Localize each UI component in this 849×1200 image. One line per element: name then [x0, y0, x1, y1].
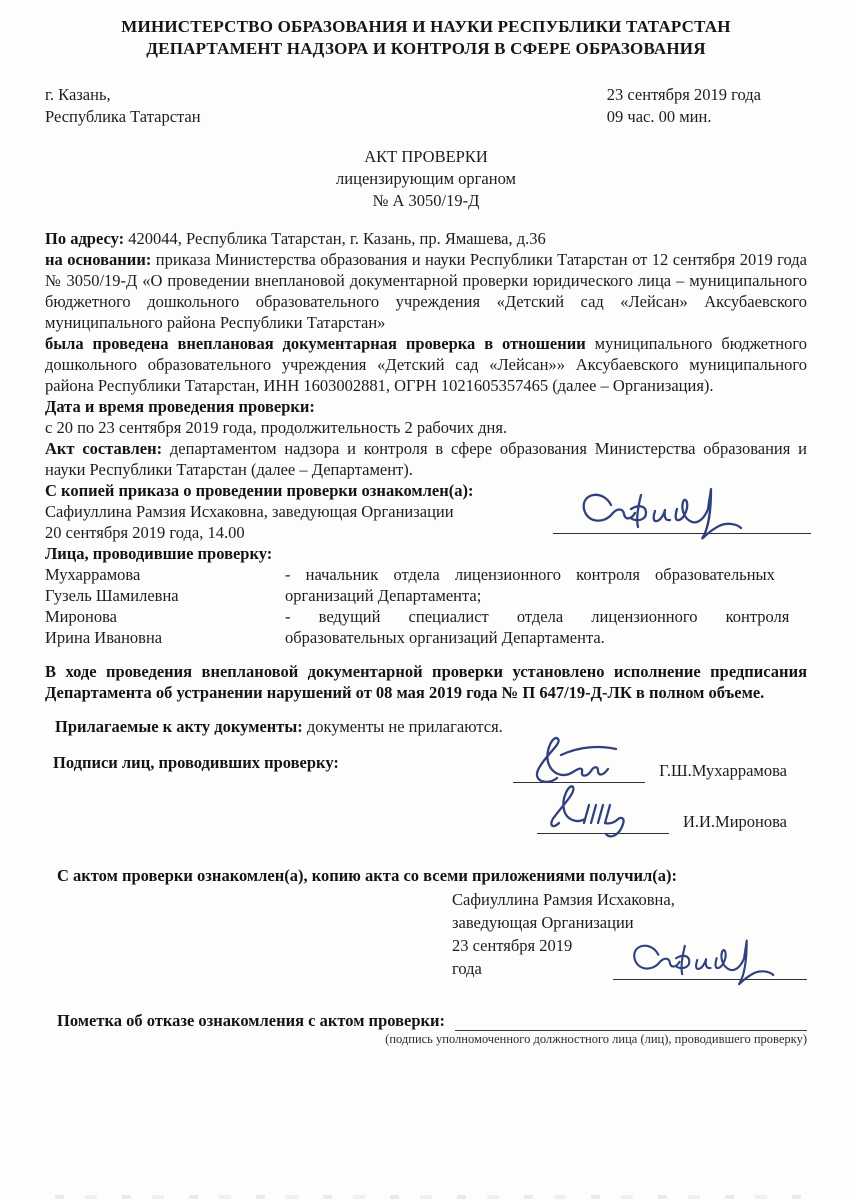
refusal-signature-field: [455, 1014, 807, 1031]
title-authority: лицензирующим органом: [45, 168, 807, 190]
signature-row-mironova: И.И.Миронова: [407, 793, 787, 834]
basis-label: на основании:: [45, 250, 151, 269]
signature-rows: Г.Ш.Мухаррамова И.И.Миронова: [407, 742, 787, 834]
signature-safiullina-icon: [571, 485, 786, 537]
document-title: АКТ ПРОВЕРКИ лицензирующим органом № А 3…: [45, 146, 807, 212]
inspector-position: - начальник отдела лицензионного контрол…: [285, 564, 807, 585]
ack-person-title: заведующая Организации: [452, 911, 807, 934]
ack-person-block: Сафиуллина Рамзия Исхаковна, заведующая …: [452, 888, 807, 980]
address-label: По адресу:: [45, 229, 124, 248]
address-paragraph: По адресу: 420044, Республика Татарстан,…: [45, 228, 807, 249]
conclusion-paragraph: В ходе проведения внеплановой документар…: [45, 661, 807, 703]
refusal-line: Пометка об отказе ознакомления с актом п…: [57, 1010, 807, 1031]
composed-paragraph: Акт составлен: департаментом надзора и к…: [45, 438, 807, 480]
title-act: АКТ ПРОВЕРКИ: [45, 146, 807, 168]
header-line-1: МИНИСТЕРСТВО ОБРАЗОВАНИЯ И НАУКИ РЕСПУБЛ…: [45, 16, 807, 38]
document-header: МИНИСТЕРСТВО ОБРАЗОВАНИЯ И НАУКИ РЕСПУБЛ…: [45, 16, 807, 60]
place-city: г. Казань,: [45, 84, 201, 106]
place-date-row: г. Казань, Республика Татарстан 23 сентя…: [45, 84, 807, 128]
inspector-name: Ирина Ивановна: [45, 627, 285, 648]
inspector-row: Мухаррамова - начальник отдела лицензион…: [45, 564, 807, 585]
copy-acknowledgement-block: Сафиуллина Рамзия Исхаковна, заведующая …: [45, 501, 807, 543]
ack-label-paragraph: С актом проверки ознакомлен(а), копию ак…: [57, 865, 807, 886]
time-line: 09 час. 00 мин.: [607, 106, 761, 128]
inspector-name: Мухаррамова: [45, 564, 285, 585]
scan-artifact: [55, 1195, 804, 1199]
inspector-name: Миронова: [45, 606, 285, 627]
inspector-position: образовательных организаций Департамента…: [285, 627, 807, 648]
inspector-row: Миронова - ведущий специалист отдела лиц…: [45, 606, 807, 627]
inspector2-signature-name: И.И.Миронова: [683, 811, 787, 834]
act-acknowledgement-section: С актом проверки ознакомлен(а), копию ак…: [45, 865, 807, 980]
inspectors-label-paragraph: Лица, проводившие проверку:: [45, 543, 807, 564]
signature-mukharramova-icon: [521, 734, 631, 790]
header-line-2: ДЕПАРТАМЕНТ НАДЗОРА И КОНТРОЛЯ В СФЕРЕ О…: [45, 38, 807, 60]
inspector-row: Ирина Ивановна образовательных организац…: [45, 627, 807, 648]
address-text: 420044, Республика Татарстан, г. Казань,…: [128, 229, 545, 248]
document-page: МИНИСТЕРСТВО ОБРАЗОВАНИЯ И НАУКИ РЕСПУБЛ…: [0, 0, 849, 1200]
inspector-name: Гузель Шамилевна: [45, 585, 285, 606]
refusal-note-section: Пометка об отказе ознакомления с актом п…: [45, 1010, 807, 1047]
title-number: № А 3050/19-Д: [45, 190, 807, 212]
safiullina-signature-field-2: [613, 961, 807, 980]
conducted-label: была проведена внеплановая документарная…: [45, 334, 586, 353]
document-body: По адресу: 420044, Республика Татарстан,…: [45, 228, 807, 1047]
attachments-label: Прилагаемые к акту документы:: [55, 717, 303, 736]
signature-row-mukharramova: Г.Ш.Мухаррамова: [407, 742, 787, 783]
ack-person-name: Сафиуллина Рамзия Исхаковна,: [452, 888, 807, 911]
place-region: Республика Татарстан: [45, 106, 201, 128]
refusal-caption: (подпись уполномоченного должностного ли…: [57, 1032, 807, 1047]
safiullina-signature-field: [553, 487, 811, 534]
ack-date-line: 23 сентября 2019 года: [452, 934, 807, 980]
date-line: 23 сентября 2019 года: [607, 84, 761, 106]
mukharramova-signature-field: [513, 742, 645, 783]
date-block: 23 сентября 2019 года 09 час. 00 мин.: [607, 84, 761, 128]
ack-date-text: 23 сентября 2019 года: [452, 934, 605, 980]
refusal-label: Пометка об отказе ознакомления с актом п…: [57, 1010, 445, 1031]
datetime-text-paragraph: с 20 по 23 сентября 2019 года, продолжит…: [45, 417, 807, 438]
conducted-paragraph: была проведена внеплановая документарная…: [45, 333, 807, 396]
composed-label: Акт составлен:: [45, 439, 162, 458]
attachments-text: документы не прилагаются.: [307, 717, 503, 736]
inspector-position: организаций Департамента;: [285, 585, 807, 606]
inspector1-signature-name: Г.Ш.Мухаррамова: [659, 760, 787, 783]
inspector-row: Гузель Шамилевна организаций Департамент…: [45, 585, 807, 606]
attachments-paragraph: Прилагаемые к акту документы: документы …: [45, 716, 807, 737]
place-block: г. Казань, Республика Татарстан: [45, 84, 201, 128]
signature-mironova-icon: [545, 783, 655, 841]
mironova-signature-field: [537, 793, 669, 834]
datetime-label-paragraph: Дата и время проведения проверки:: [45, 396, 807, 417]
inspector-position: - ведущий специалист отдела лицензионног…: [285, 606, 807, 627]
basis-paragraph: на основании: приказа Министерства образ…: [45, 249, 807, 333]
inspector-signatures-section: Подписи лиц, проводивших проверку: Г.Ш.М…: [45, 752, 807, 773]
basis-text: приказа Министерства образования и науки…: [45, 250, 807, 332]
signature-safiullina-icon: [623, 935, 813, 985]
